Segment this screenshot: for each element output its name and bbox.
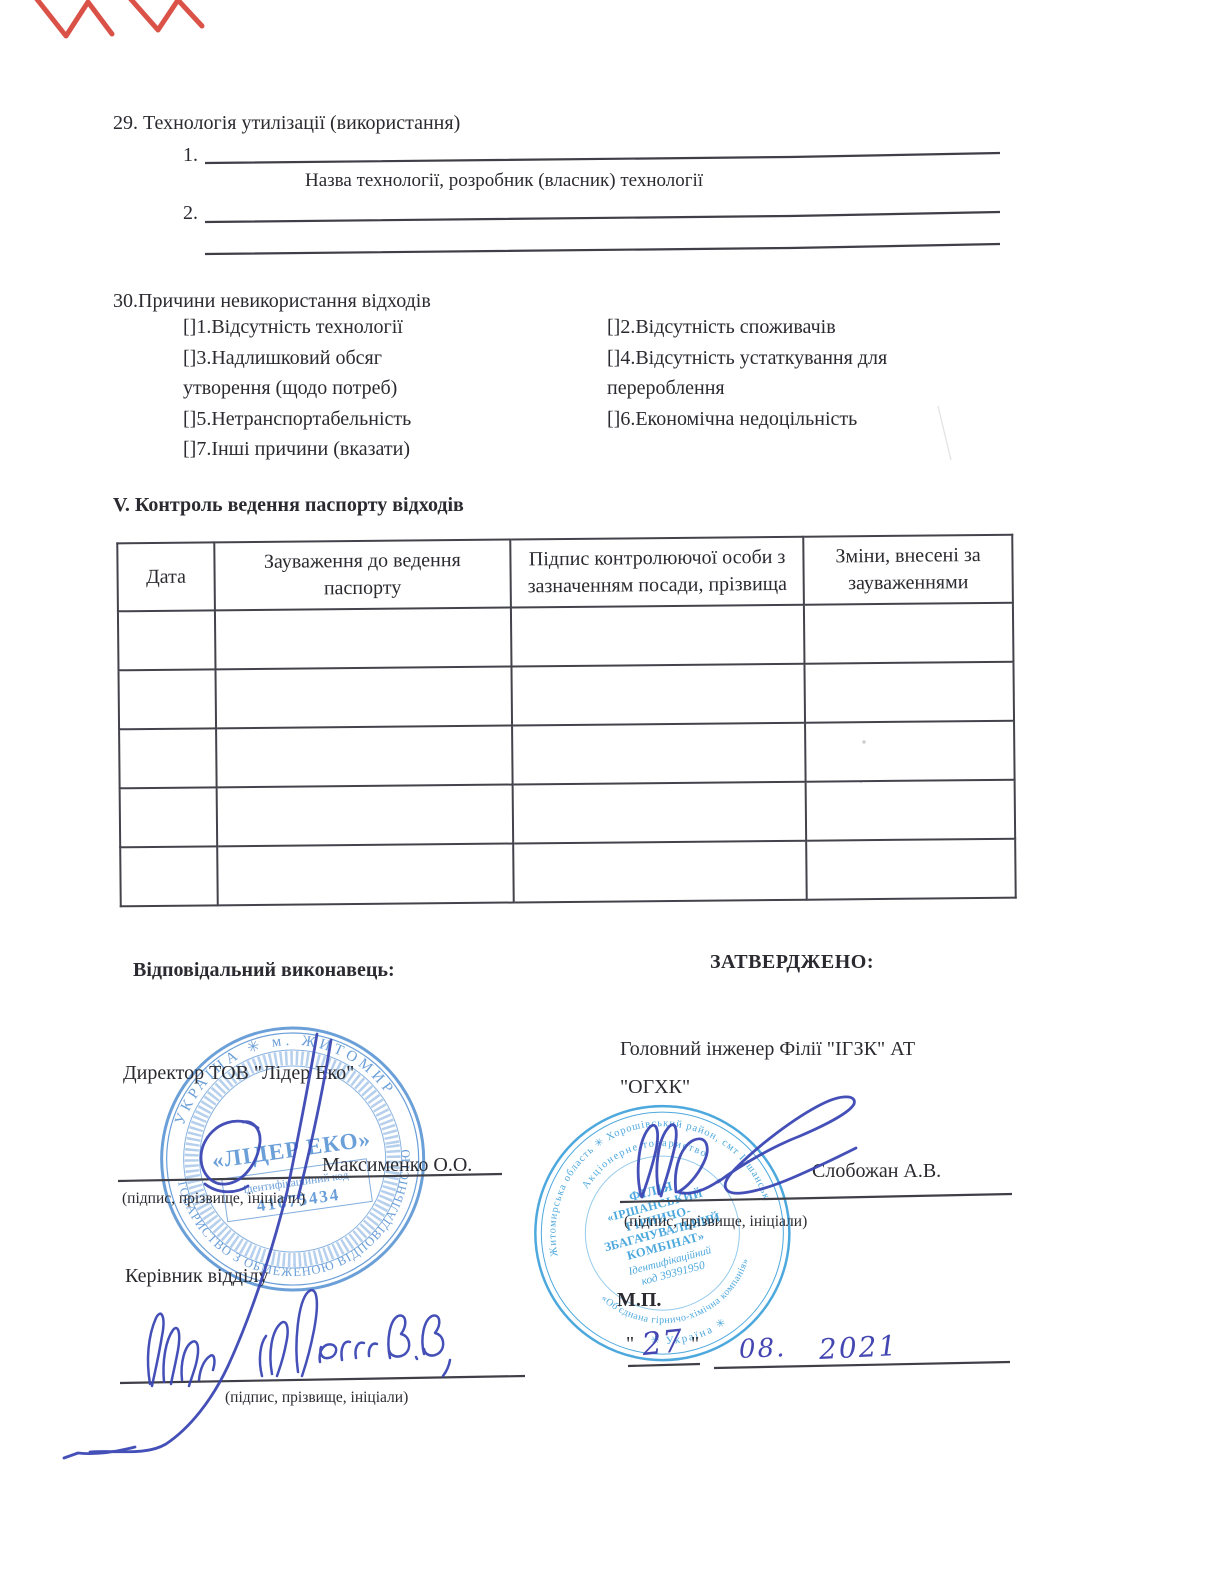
handwritten-month: 08.: [738, 1333, 786, 1365]
handwritten-day: 27: [640, 1323, 685, 1363]
scanned-document-page: УКРАЇНА ✳ м. ЖИТОМИР ТОВАРИСТВО З ОБМЕЖЕ…: [0, 0, 1219, 1574]
handwritten-date-layer: 27 08. 2021: [0, 0, 1219, 1574]
handwritten-year: 2021: [818, 1329, 899, 1366]
